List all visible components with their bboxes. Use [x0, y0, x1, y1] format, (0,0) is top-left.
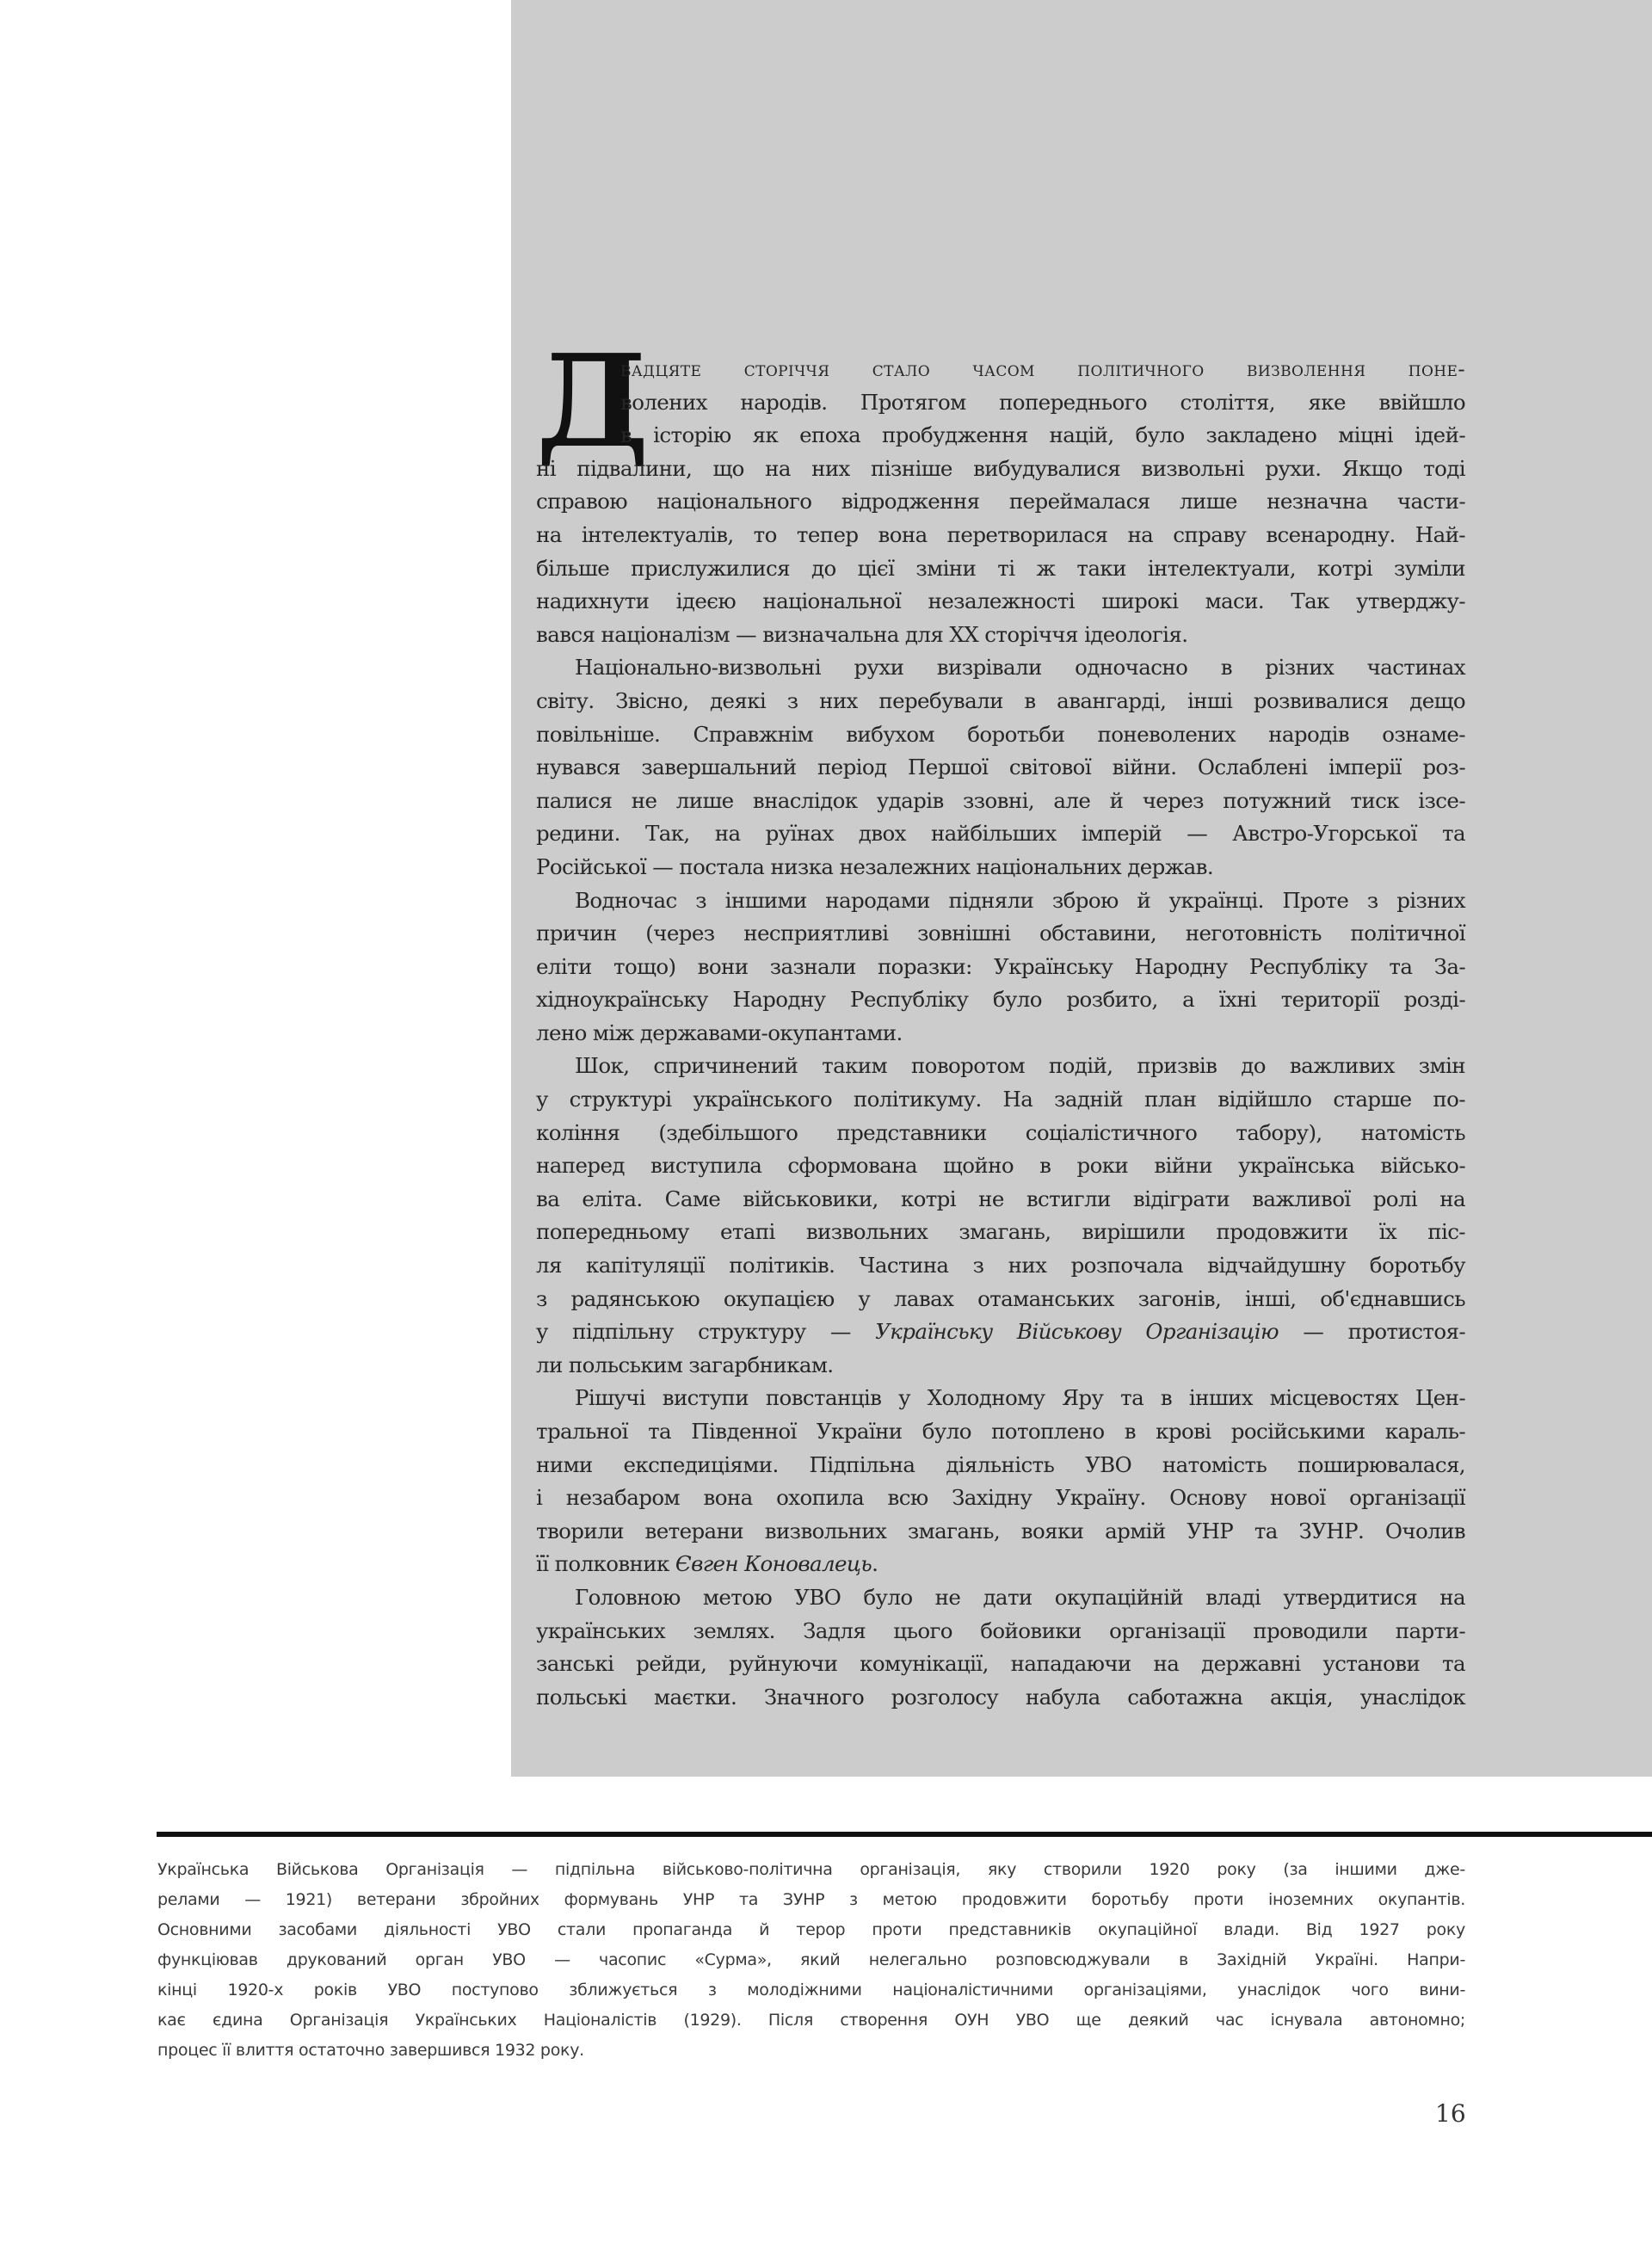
footnote-line: Українська Військова Організація — підпі…: [157, 1855, 1465, 1885]
text-line: попередньому етапі визвольних змагань, в…: [536, 1216, 1465, 1249]
text-line: ва еліта. Саме військовики, котрі не вст…: [536, 1183, 1465, 1217]
text-line: повільніше. Справжнім вибухом боротьби п…: [536, 718, 1465, 752]
text-line: вадцяте сторіччя стало часом політичного…: [536, 353, 1465, 386]
text-segment: — протистоя-: [1279, 1319, 1465, 1344]
footnote-line: релами — 1921) ветерани збройних формува…: [157, 1885, 1465, 1915]
footnote: Українська Військова Організація — підпі…: [157, 1855, 1465, 2066]
text-line: тральної та Південної України було потоп…: [536, 1415, 1465, 1449]
text-line: лено між державами-окупантами.: [536, 1017, 1465, 1050]
italic-organization-name: Українську Військову Організацію: [875, 1319, 1279, 1344]
text-line: нувався завершальний період Першої світо…: [536, 751, 1465, 785]
text-line: її полковник Євген Коновалець.: [536, 1548, 1465, 1581]
text-line: Водночас з іншими народами підняли зброю…: [536, 884, 1465, 918]
footnote-line: кінці 1920-х років УВО поступово зближує…: [157, 1975, 1465, 2005]
text-line: справою національного відродження перейм…: [536, 485, 1465, 519]
text-line: еліти тощо) вони зазнали поразки: Україн…: [536, 951, 1465, 984]
page-number: 16: [1435, 2099, 1466, 2128]
paragraph-5: Рішучі виступи повстанців у Холодному Яр…: [536, 1382, 1465, 1581]
text-line: Національно-визвольні рухи визрівали одн…: [536, 651, 1465, 685]
text-line: Головною метою УВО було не дати окупацій…: [536, 1581, 1465, 1615]
text-line: надихнути ідеєю національної незалежност…: [536, 585, 1465, 619]
footnote-line: кає єдина Організація Українських Націон…: [157, 2005, 1465, 2036]
footnote-line: процес її влиття остаточно завершився 19…: [157, 2036, 1465, 2066]
text-line: у підпільну структуру — Українську Війсь…: [536, 1315, 1465, 1349]
main-body-text: вадцяте сторіччя стало часом політичного…: [536, 353, 1465, 1714]
text-line: редини. Так, на руїнах двох найбільших і…: [536, 817, 1465, 851]
text-line: українських землях. Задля цього бойовики…: [536, 1615, 1465, 1648]
text-line: ними експедиціями. Підпільна діяльність …: [536, 1449, 1465, 1482]
text-line: волених народів. Протягом попереднього с…: [536, 386, 1465, 420]
text-segment: .: [872, 1551, 878, 1576]
text-line: польські маєтки. Значного розголосу набу…: [536, 1681, 1465, 1715]
text-line: Рішучі виступи повстанців у Холодному Яр…: [536, 1382, 1465, 1415]
text-line: хідноукраїнську Народну Республіку було …: [536, 983, 1465, 1017]
text-line: коління (здебільшого представники соціал…: [536, 1117, 1465, 1150]
text-line: ні підвалини, що на них пізніше вибудува…: [536, 453, 1465, 486]
text-line: більше прислужилися до цієї зміни ті ж т…: [536, 552, 1465, 586]
text-segment: у підпільну структуру —: [536, 1319, 875, 1344]
text-line: ли польським загарбникам.: [536, 1349, 1465, 1383]
text-line: творили ветерани визвольних змагань, воя…: [536, 1515, 1465, 1549]
italic-person-name: Євген Коновалець: [675, 1551, 872, 1576]
text-line: причин (через несприятливі зовнішні обст…: [536, 917, 1465, 951]
text-line: наперед виступила сформована щойно в рок…: [536, 1149, 1465, 1183]
text-line: занські рейди, руйнуючи комунікації, нап…: [536, 1648, 1465, 1681]
text-line: і незабаром вона охопила всю Західну Укр…: [536, 1482, 1465, 1515]
footnote-divider: [157, 1832, 1652, 1837]
text-line: світу. Звісно, деякі з них перебували в …: [536, 685, 1465, 718]
text-line: ля капітуляції політиків. Частина з них …: [536, 1249, 1465, 1283]
footnote-line: функціював друкований орган УВО — часопи…: [157, 1945, 1465, 1975]
text-line: Російської — постала низка незалежних на…: [536, 851, 1465, 884]
text-line: у структурі українського політикуму. На …: [536, 1083, 1465, 1117]
text-line: вався націоналізм — визначальна для XX с…: [536, 619, 1465, 652]
text-line: в історію як епоха пробудження націй, бу…: [536, 419, 1465, 453]
paragraph-1: вадцяте сторіччя стало часом політичного…: [536, 353, 1465, 651]
paragraph-6: Головною метою УВО було не дати окупацій…: [536, 1581, 1465, 1714]
text-segment: її полковник: [536, 1551, 675, 1576]
paragraph-3: Водночас з іншими народами підняли зброю…: [536, 884, 1465, 1050]
paragraph-4: Шок, спричинений таким поворотом подій, …: [536, 1050, 1465, 1382]
text-line: палися не лише внаслідок ударів ззовні, …: [536, 785, 1465, 818]
footnote-line: Основними засобами діяльності УВО стали …: [157, 1915, 1465, 1945]
paragraph-2: Національно-визвольні рухи визрівали одн…: [536, 651, 1465, 884]
text-line: на інтелектуалів, то тепер вона перетвор…: [536, 519, 1465, 552]
text-line: з радянською окупацією у лавах отаманськ…: [536, 1283, 1465, 1316]
text-line: Шок, спричинений таким поворотом подій, …: [536, 1050, 1465, 1083]
